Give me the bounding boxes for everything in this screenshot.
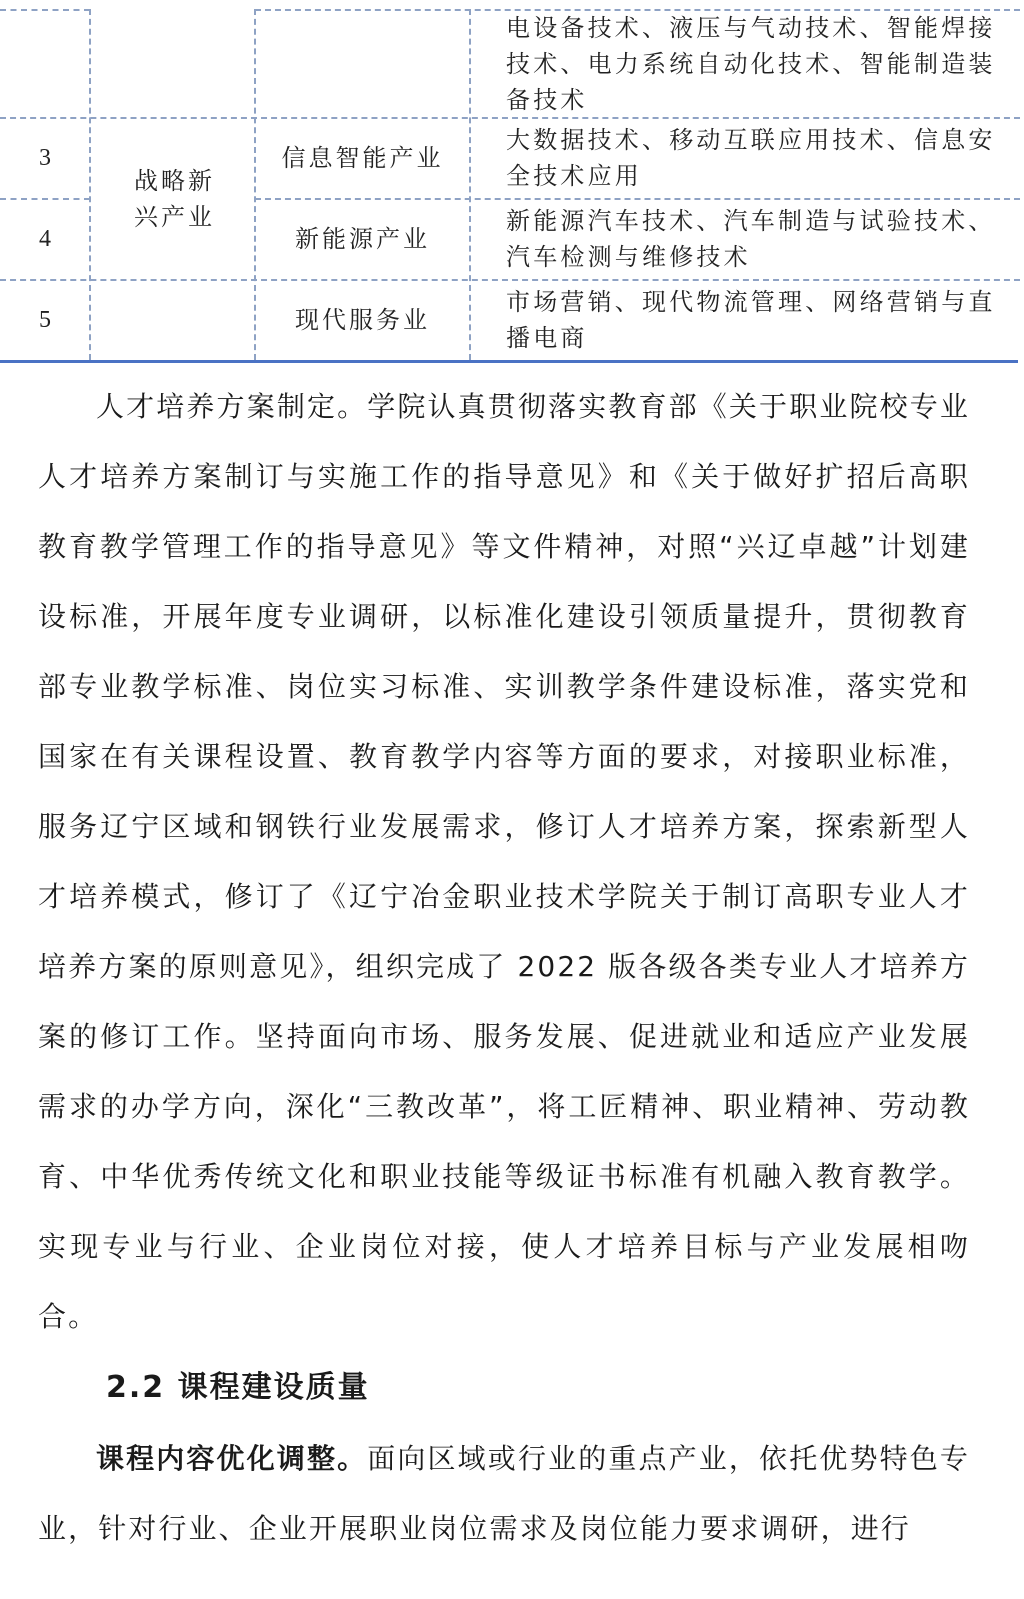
table-bottom-rule [0, 360, 1018, 363]
table-border [0, 279, 1020, 281]
table-border [89, 9, 91, 360]
table-cell-num: 5 [0, 280, 90, 360]
table-cell-num [0, 10, 90, 118]
table-cell-industry: 现代服务业 [255, 280, 470, 360]
table-cell-category-merged: 战略新兴产业 [122, 118, 227, 280]
table-cell-majors: 市场营销、现代物流管理、网络营销与直播电商 [470, 280, 1010, 360]
table-cell-industry: 新能源产业 [255, 198, 470, 280]
table-cell-category [90, 280, 255, 360]
table-border [0, 117, 1020, 119]
table-cell-industry: 信息智能产业 [275, 118, 450, 198]
paragraph-lead: 课程内容优化调整。 [96, 1442, 367, 1475]
paragraph-talent-plan: 人才培养方案制定。学院认真贯彻落实教育部《关于职业院校专业人才培养方案制订与实施… [38, 372, 970, 1352]
table-cell-num: 4 [0, 198, 90, 280]
table-cell-majors: 新能源汽车技术、汽车制造与试验技术、汽车检测与维修技术 [470, 198, 1010, 280]
specialty-industry-table: 电设备技术、液压与气动技术、智能焊接技术、电力系统自动化技术、智能制造装备技术 … [0, 0, 1024, 366]
section-heading: 2.2 课程建设质量 [38, 1352, 970, 1424]
table-cell-majors: 电设备技术、液压与气动技术、智能焊接技术、电力系统自动化技术、智能制造装备技术 [470, 8, 1010, 120]
table-border [254, 9, 256, 360]
table-border [255, 198, 1020, 200]
table-cell-majors: 大数据技术、移动互联应用技术、信息安全技术应用 [470, 118, 1010, 198]
table-border [0, 198, 90, 200]
document-body: 人才培养方案制定。学院认真贯彻落实教育部《关于职业院校专业人才培养方案制订与实施… [38, 372, 970, 1564]
table-border [0, 9, 90, 11]
paragraph-lead: 人才培养方案制定。 [96, 390, 367, 423]
paragraph-course-content: 课程内容优化调整。面向区域或行业的重点产业，依托优势特色专业，针对行业、企业开展… [38, 1424, 970, 1564]
table-cell-num: 3 [0, 118, 90, 198]
paragraph-text: 学院认真贯彻落实教育部《关于职业院校专业人才培养方案制订与实施工作的指导意见》和… [38, 390, 970, 1333]
table-cell-category [90, 10, 255, 118]
table-border [255, 9, 1020, 11]
table-cell-industry [255, 10, 470, 118]
table-border [469, 9, 471, 360]
